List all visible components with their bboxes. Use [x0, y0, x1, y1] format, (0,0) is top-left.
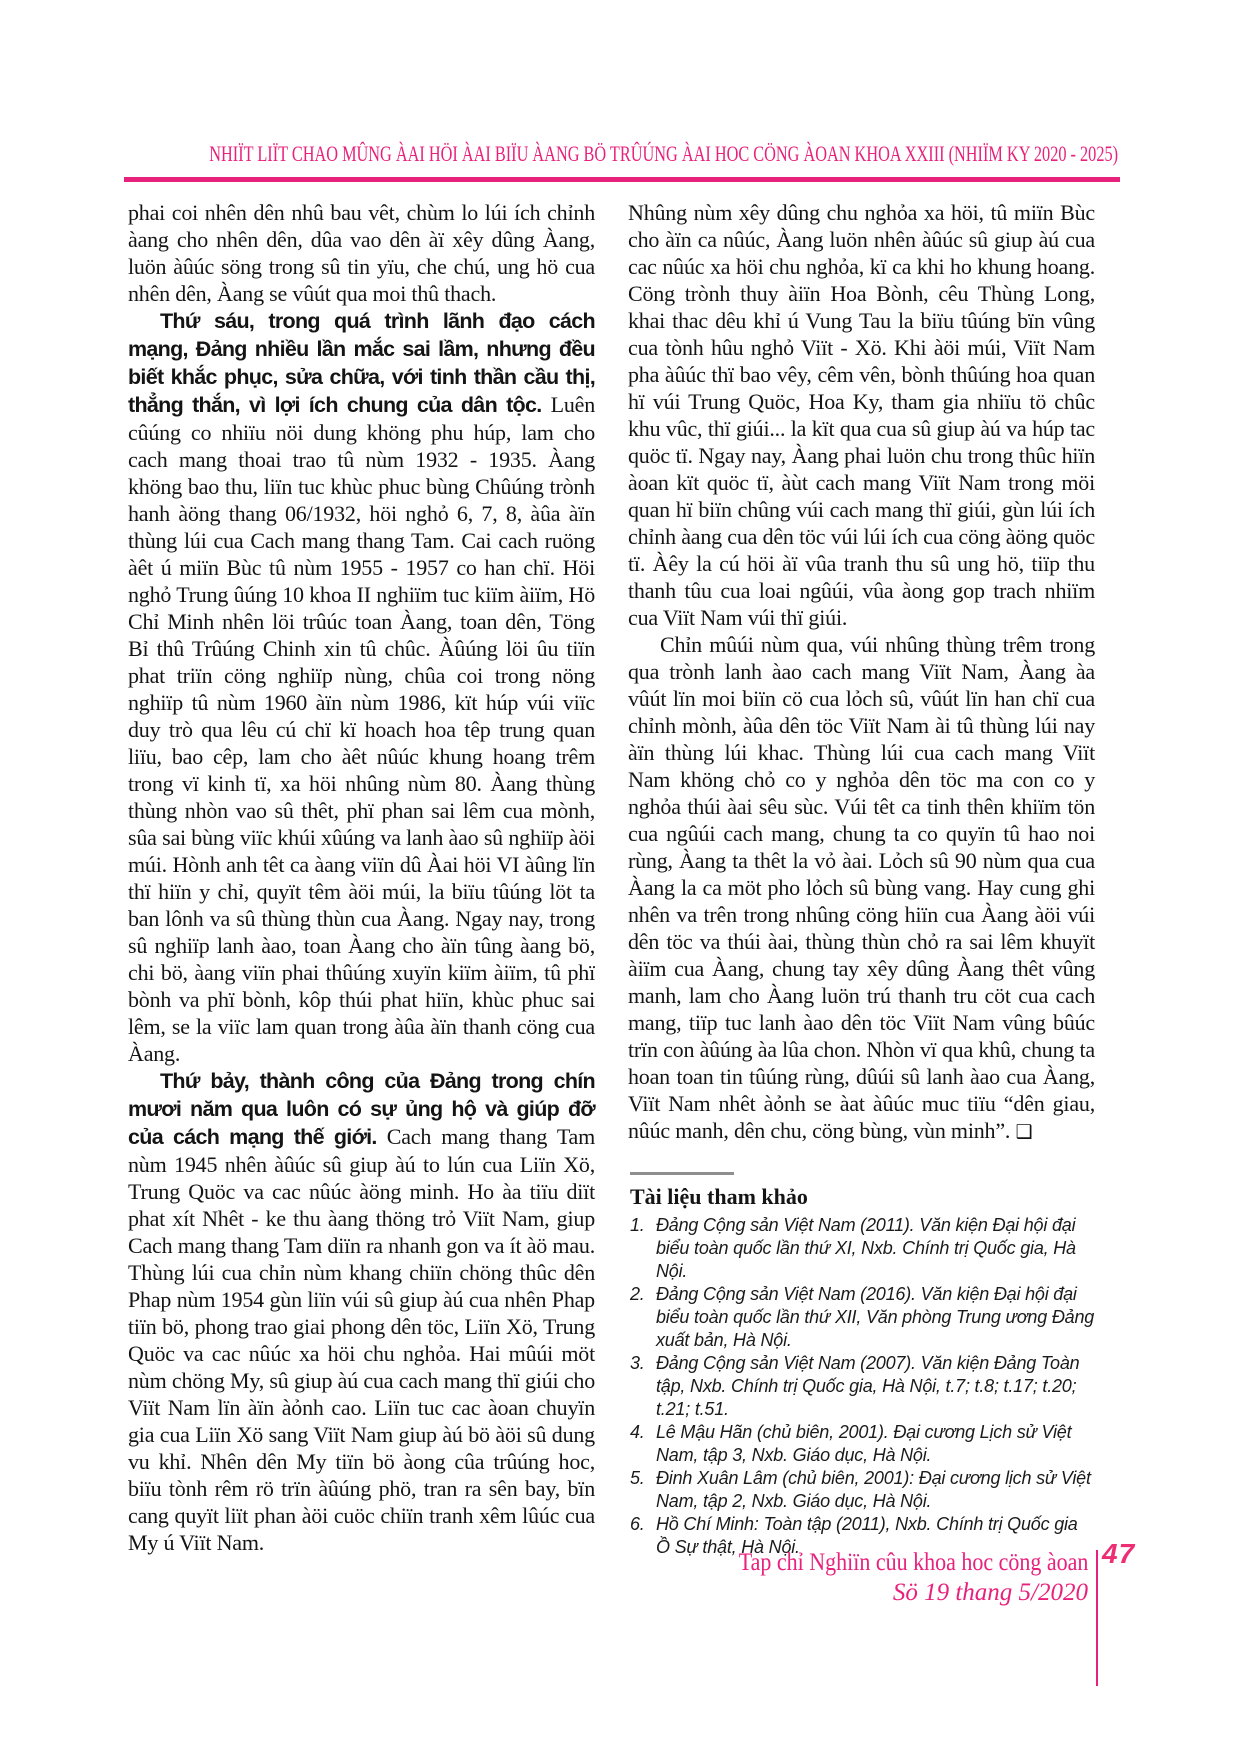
- paragraph-text: Luên cûúng co nhiïu nöi dung khöng phu h…: [128, 392, 595, 1066]
- reference-text: Lê Mậu Hãn (chủ biên, 2001). Đại cương L…: [656, 1421, 1095, 1467]
- journal-page: NHIÏT LIÏT CHAO MÛNG ÀAI HÖI ÀAI BIÏU ÀA…: [0, 0, 1240, 1753]
- reference-number: 1.: [628, 1214, 656, 1283]
- reference-number: 4.: [628, 1421, 656, 1467]
- issue-info: Sö 19 thang 5/2020: [691, 1578, 1088, 1608]
- paragraph-text: Cach mang thang Tam nùm 1945 nhên àûúc s…: [128, 1124, 595, 1555]
- paragraph-lead-bold: Thứ sáu, trong quá trình lãnh đạo cách m…: [128, 309, 595, 417]
- reference-number: 5.: [628, 1467, 656, 1513]
- reference-text: Đảng Cộng sản Việt Nam (2016). Văn kiện …: [656, 1283, 1095, 1352]
- reference-item: 3. Đảng Cộng sản Việt Nam (2007). Văn ki…: [628, 1352, 1095, 1421]
- reference-number: 6.: [628, 1513, 656, 1559]
- paragraph-thu-sau: Thứ sáu, trong quá trình lãnh đạo cách m…: [128, 307, 595, 1067]
- page-header-banner: NHIÏT LIÏT CHAO MÛNG ÀAI HÖI ÀAI BIÏU ÀA…: [209, 141, 1118, 167]
- paragraph-continuation: Nhûng nùm xêy dûng chu nghỏa xa höi, tû …: [628, 199, 1095, 631]
- reference-text: Đảng Cộng sản Việt Nam (2007). Văn kiện …: [656, 1352, 1095, 1421]
- right-column: Nhûng nùm xêy dûng chu nghỏa xa höi, tû …: [628, 199, 1095, 1559]
- header-rule: [124, 177, 1120, 182]
- paragraph-thu-bay: Thứ bảy, thành công của Đảng trong chín …: [128, 1067, 595, 1556]
- footer-vertical-rule: [1096, 1550, 1098, 1686]
- references-section: Tài liệu tham khảo 1. Đảng Cộng sản Việt…: [628, 1172, 1095, 1559]
- reference-item: 5. Đinh Xuân Lâm (chủ biên, 2001): Đại c…: [628, 1467, 1095, 1513]
- reference-number: 2.: [628, 1283, 656, 1352]
- reference-text: Đảng Cộng sản Việt Nam (2011). Văn kiện …: [656, 1214, 1095, 1283]
- paragraph-continuation: phai coi nhên dên nhû bau vêt, chùm lo l…: [128, 199, 595, 307]
- page-number: 47: [1102, 1538, 1135, 1570]
- end-of-article-mark: ❑: [1016, 1121, 1033, 1143]
- article-body: phai coi nhên dên nhû bau vêt, chùm lo l…: [128, 199, 1095, 1559]
- reference-text: Đinh Xuân Lâm (chủ biên, 2001): Đại cươn…: [656, 1467, 1095, 1513]
- paragraph-text: Chỉn mûúi nùm qua, vúi nhûng thùng trêm …: [628, 632, 1095, 1143]
- references-divider: [630, 1172, 734, 1175]
- reference-item: 2. Đảng Cộng sản Việt Nam (2016). Văn ki…: [628, 1283, 1095, 1352]
- left-column: phai coi nhên dên nhû bau vêt, chùm lo l…: [128, 199, 595, 1559]
- page-footer: Tap chỉ Nghiïn cûu khoa hoc cöng àoan Sö…: [691, 1548, 1088, 1608]
- reference-number: 3.: [628, 1352, 656, 1421]
- references-title: Tài liệu tham khảo: [630, 1184, 1095, 1210]
- journal-name: Tap chỉ Nghiïn cûu khoa hoc cöng àoan: [738, 1548, 1088, 1578]
- reference-item: 4. Lê Mậu Hãn (chủ biên, 2001). Đại cươn…: [628, 1421, 1095, 1467]
- paragraph-closing: Chỉn mûúi nùm qua, vúi nhûng thùng trêm …: [628, 631, 1095, 1146]
- reference-item: 1. Đảng Cộng sản Việt Nam (2011). Văn ki…: [628, 1214, 1095, 1283]
